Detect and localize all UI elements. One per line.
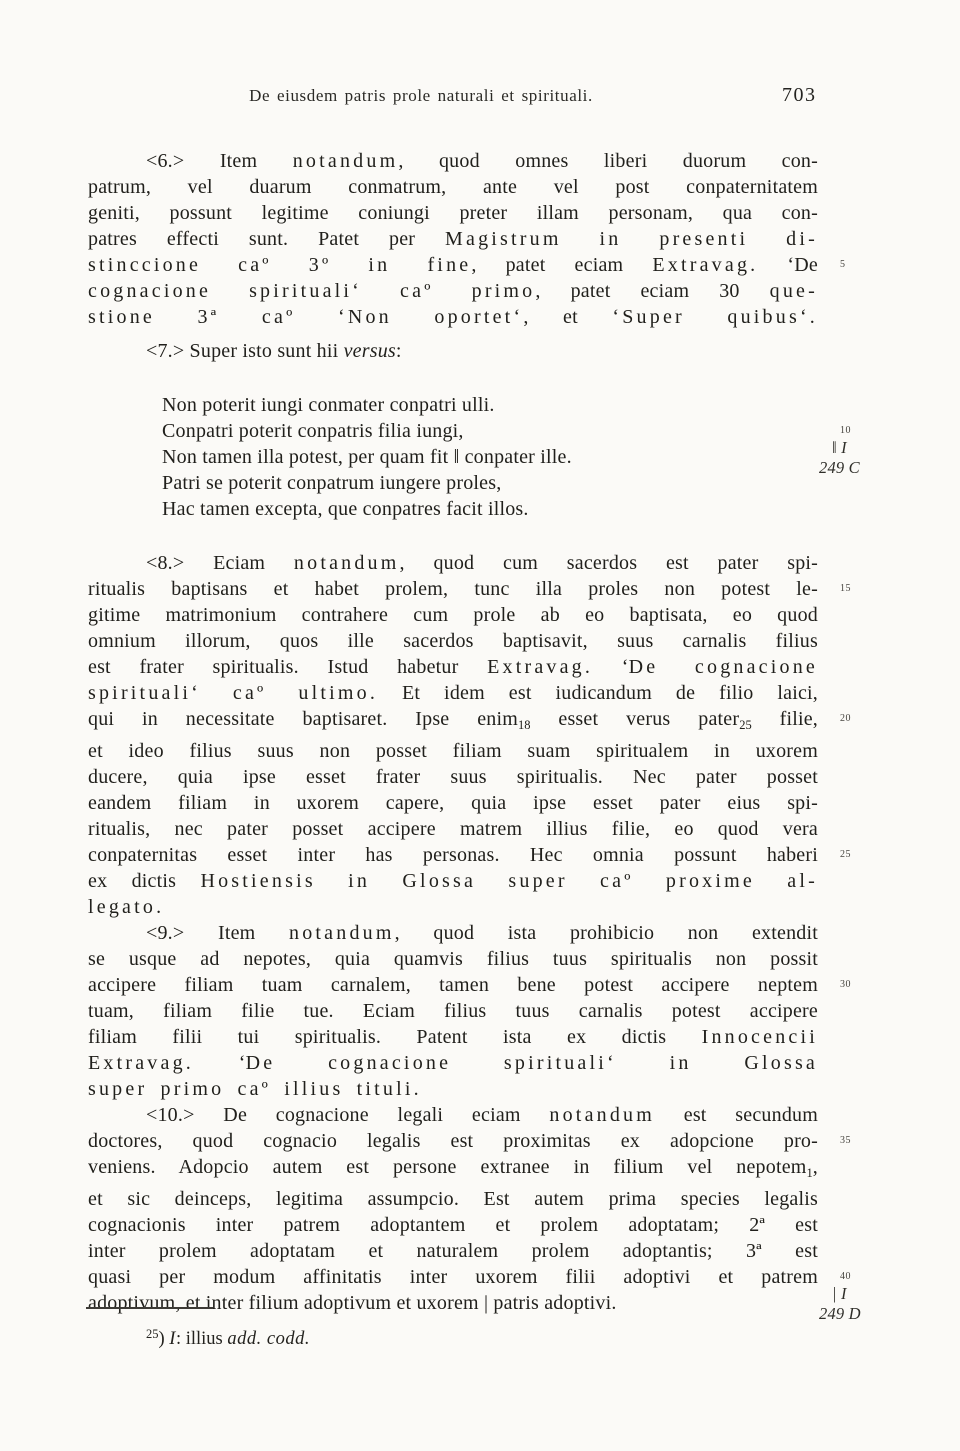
text-run: adoptivum, et inter filium adoptivum et … <box>88 1292 617 1314</box>
margin-line-number: 10 <box>840 425 851 437</box>
text-run: Conpatri poterit conpatris filia iungi, <box>162 420 464 442</box>
text-run: esset verus pater <box>531 708 740 730</box>
text-line: patrum, vel duarum conmatrum, ante vel p… <box>88 174 818 200</box>
text-line: <9.> Item notandum, quod ista prohibicio… <box>88 920 818 946</box>
text-run: ducere, quia ipse esset frater suus spir… <box>88 766 818 788</box>
text-line: est frater spiritualis. Istud habetur Ex… <box>88 654 818 680</box>
text-run: accipere filiam tuam carnalem, tamen ben… <box>88 974 818 996</box>
text-run: filie, <box>752 708 818 730</box>
text-run: : illius <box>176 1329 227 1349</box>
text-run: 25 <box>739 718 752 732</box>
text-line: eandem filiam in uxorem capere, quia ips… <box>88 790 818 816</box>
text-run: <9.> Item <box>146 922 289 944</box>
footnote: 25) I: illius add. codd. <box>88 1322 876 1351</box>
text-run: ) <box>159 1329 170 1349</box>
page: De eiusdem patris prole naturali et spir… <box>0 0 960 1451</box>
text-line: patres effecti sunt. Patet per Magistrum… <box>88 226 818 252</box>
text-line: <6.> Item notandum, quod omnes liberi du… <box>88 148 818 174</box>
text-run: , quod omnes liberi duorum con- <box>398 150 818 172</box>
text-line: <7.> Super isto sunt hii versus: <box>88 338 818 364</box>
text-line: et ideo filius suus non posset filiam su… <box>88 738 818 764</box>
text-line: legato. <box>88 894 818 920</box>
margin-line-number: 15 <box>840 583 851 595</box>
text-run: <7.> Super isto sunt hii <box>146 340 344 362</box>
text-run: inter prolem adoptatam et naturalem prol… <box>88 1240 818 1262</box>
text-run: Extravag. <box>487 656 593 678</box>
margin-ms-reference: | I249 D <box>832 1284 960 1324</box>
page-header: De eiusdem patris prole naturali et spir… <box>88 86 818 112</box>
text-line: ritualis, nec pater posset accipere matr… <box>88 816 818 842</box>
text-run: versus <box>344 340 396 362</box>
text-run: notandum <box>293 150 399 172</box>
text-run: quasi per modum affinitatis inter uxorem… <box>88 1266 818 1288</box>
text-line: spirituali‘ caº ultimo. Et idem est iudi… <box>88 680 818 706</box>
text-line: accipere filiam tuam carnalem, tamen ben… <box>88 972 818 998</box>
text-line: Non poterit iungi conmater conpatri ulli… <box>88 392 818 418</box>
margin-ms-reference-line: | I <box>832 1284 960 1304</box>
text-line: <10.> De cognacione legali eciam notandu… <box>88 1102 818 1128</box>
text-run: que- <box>770 280 818 302</box>
text-line: et sic deinceps, legitima assumpcio. Est… <box>88 1186 818 1212</box>
text-run: , quod cum sacerdos est pater spi- <box>400 552 819 574</box>
text-run: stinccione caº 3º in fine <box>88 254 471 276</box>
text-line: ducere, quia ipse esset frater suus spir… <box>88 764 818 790</box>
text-run: eandem filiam in uxorem capere, quia ips… <box>88 792 818 814</box>
margin-ms-reference-line: ‖ I <box>832 438 960 458</box>
text-line: veniens. Adopcio autem est persone extra… <box>88 1154 818 1186</box>
text-run: notandum <box>549 1104 655 1126</box>
text-run: et ideo filius suus non posset filiam su… <box>88 740 818 762</box>
text-run: , <box>813 1156 818 1178</box>
text-run: 18 <box>518 718 531 732</box>
footnote-separator <box>86 1307 213 1309</box>
text-run: Non tamen illa potest, per quam fit ‖ co… <box>162 446 572 468</box>
text-line: Non tamen illa potest, per quam fit ‖ co… <box>88 444 818 470</box>
text-run: notandum <box>289 922 395 944</box>
text-run: , patet eciam <box>471 254 652 276</box>
text-run: super primo caº illius tituli. <box>88 1078 422 1100</box>
text-run: filiam filii tui spiritualis. Patent ist… <box>88 1026 702 1048</box>
text-body: <6.> Item notandum, quod omnes liberi du… <box>88 148 818 1316</box>
text-line: cognacione spirituali‘ caº primo, patet … <box>88 278 818 304</box>
text-line: ritualis baptisans et habet prolem, tunc… <box>88 576 818 602</box>
text-line: tuam, filiam filie tue. Eciam filius tuu… <box>88 998 818 1024</box>
text-run: De cognacione spirituali‘ in Glossa <box>246 1052 818 1074</box>
text-run: tuam, filiam filie tue. Eciam filius tuu… <box>88 1000 818 1022</box>
text-run: , et <box>523 306 612 328</box>
text-run: <10.> De cognacione legali eciam <box>146 1104 549 1126</box>
text-run: conpaternitas esset inter has personas. … <box>88 844 818 866</box>
text-line: se usque ad nepotes, quia quamvis filius… <box>88 946 818 972</box>
text-line: <8.> Eciam notandum, quod cum sacerdos e… <box>88 550 818 576</box>
text-run: est secundum <box>655 1104 818 1126</box>
text-run: De cognacione <box>629 656 818 678</box>
text-run: patrum, vel duarum conmatrum, ante vel p… <box>88 176 818 198</box>
text-run: <8.> Eciam <box>146 552 294 574</box>
text-line: inter prolem adoptatam et naturalem prol… <box>88 1238 818 1264</box>
text-run: , patet eciam 30 <box>535 280 769 302</box>
text-line: super primo caº illius tituli. <box>88 1076 818 1102</box>
text-run: Magistrum in presenti di- <box>445 228 818 250</box>
text-run: cognacionis inter patrem adoptantem et p… <box>88 1214 818 1236</box>
text-run: stione 3ª caº ‘Non oportet‘ <box>88 306 523 328</box>
text-line: stinccione caº 3º in fine, patet eciam E… <box>88 252 818 278</box>
text-run: , quod ista prohibicio non extendit <box>395 922 818 944</box>
text-line: adoptivum, et inter filium adoptivum et … <box>88 1290 818 1316</box>
text-run: doctores, quod cognacio legalis est prox… <box>88 1130 818 1152</box>
text-run: legato. <box>88 896 164 918</box>
text-run: Et idem est iudicandum de filio laici, <box>378 682 818 704</box>
text-line: cognacionis inter patrem adoptantem et p… <box>88 1212 818 1238</box>
text-run: Hostiensis in Glossa super caº proxime a… <box>200 870 818 892</box>
text-line: doctores, quod cognacio legalis est prox… <box>88 1128 818 1154</box>
text-line: quasi per modum affinitatis inter uxorem… <box>88 1264 818 1290</box>
text-run: Hac tamen excepta, que conpatres facit i… <box>162 498 529 520</box>
margin-line-number: 35 <box>840 1135 851 1147</box>
text-run: Patri se poterit conpatrum iungere prole… <box>162 472 501 494</box>
text-run: qui in necessitate baptisaret. Ipse enim <box>88 708 518 730</box>
margin-line-number: 40 <box>840 1271 851 1283</box>
text-line: filiam filii tui spiritualis. Patent ist… <box>88 1024 818 1050</box>
text-run: est frater spiritualis. Istud habetur <box>88 656 487 678</box>
text-run: notandum <box>294 552 400 574</box>
text-line: Patri se poterit conpatrum iungere prole… <box>88 470 818 496</box>
text-run: I <box>169 1329 176 1349</box>
margin-line-number: 30 <box>840 979 851 991</box>
margin-line-number: 25 <box>840 849 851 861</box>
text-run: ‘ <box>194 1052 246 1074</box>
text-run: <6.> Item <box>146 150 293 172</box>
margin-ms-reference: ‖ I249 C <box>832 438 960 478</box>
text-run: ritualis baptisans et habet prolem, tunc… <box>88 578 818 600</box>
page-number: 703 <box>782 84 817 107</box>
text-line: omnium illorum, quos ille sacerdos bapti… <box>88 628 818 654</box>
text-line: Extravag. ‘De cognacione spirituali‘ in … <box>88 1050 818 1076</box>
text-run: ritualis, nec pater posset accipere matr… <box>88 818 818 840</box>
running-title: De eiusdem patris prole naturali et spir… <box>56 86 786 106</box>
text-line: ex dictis Hostiensis in Glossa super caº… <box>88 868 818 894</box>
text-run: add. codd. <box>227 1329 310 1349</box>
text-run: omnium illorum, quos ille sacerdos bapti… <box>88 630 818 652</box>
text-run: ‘De <box>758 254 818 276</box>
text-run: Innocencii <box>702 1026 818 1048</box>
text-run: ‘Super quibus‘. <box>612 306 818 328</box>
text-run: veniens. Adopcio autem est persone extra… <box>88 1156 807 1178</box>
text-run: 25 <box>146 1327 159 1341</box>
text-line: conpaternitas esset inter has personas. … <box>88 842 818 868</box>
margin-line-number: 5 <box>840 259 846 271</box>
text-run: patres effecti sunt. Patet per <box>88 228 445 250</box>
text-line: Conpatri poterit conpatris filia iungi,1… <box>88 418 818 444</box>
text-run: ‘ <box>593 656 628 678</box>
text-line: qui in necessitate baptisaret. Ipse enim… <box>88 706 818 738</box>
text-run: se usque ad nepotes, quia quamvis filius… <box>88 948 818 970</box>
text-line: gitime matrimonium contrahere cum prole … <box>88 602 818 628</box>
text-run: : <box>396 340 402 362</box>
text-run: spirituali‘ caº ultimo. <box>88 682 378 704</box>
margin-ms-reference-line: 249 C <box>819 458 960 478</box>
text-line: geniti, possunt legitime coniungi preter… <box>88 200 818 226</box>
text-line: Hac tamen excepta, que conpatres facit i… <box>88 496 818 522</box>
text-run: Extravag. <box>652 254 758 276</box>
text-run: et sic deinceps, legitima assumpcio. Est… <box>88 1188 818 1210</box>
margin-line-number: 20 <box>840 713 851 725</box>
text-run: cognacione spirituali‘ caº primo <box>88 280 535 302</box>
text-line: stione 3ª caº ‘Non oportet‘, et ‘Super q… <box>88 304 818 330</box>
margin-ms-reference-line: 249 D <box>819 1304 960 1324</box>
text-run: ex dictis <box>88 870 200 892</box>
text-run: gitime matrimonium contrahere cum prole … <box>88 604 818 626</box>
text-run: Extravag. <box>88 1052 194 1074</box>
text-run: geniti, possunt legitime coniungi preter… <box>88 202 818 224</box>
text-run: Non poterit iungi conmater conpatri ulli… <box>162 394 495 416</box>
